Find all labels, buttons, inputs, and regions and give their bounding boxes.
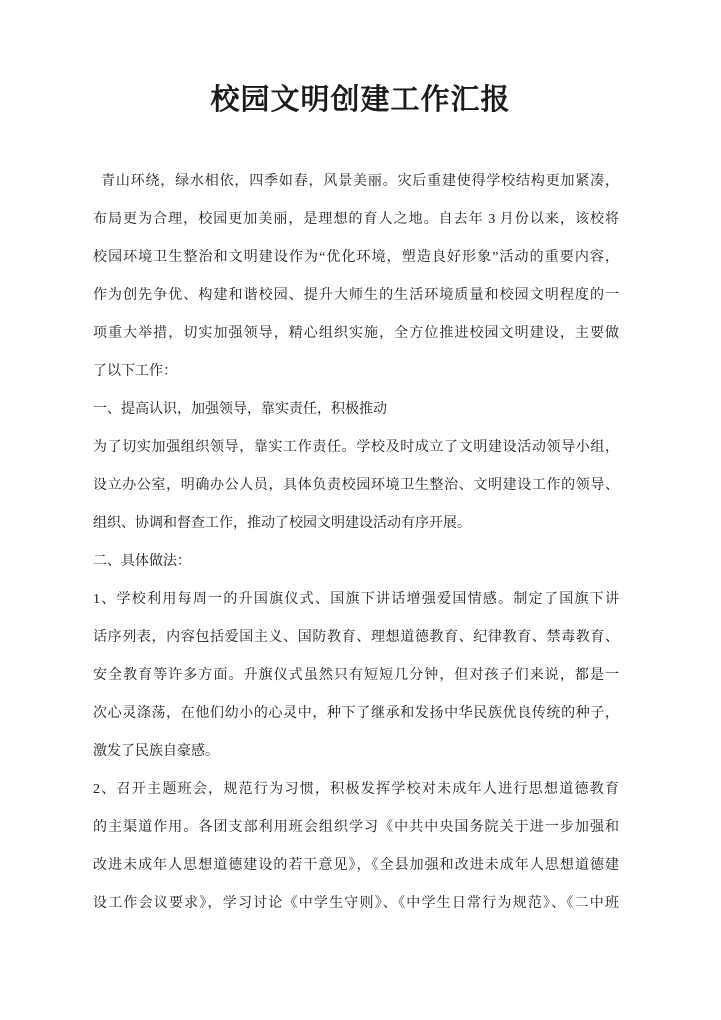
document-title: 校园文明创建工作汇报 <box>0 80 721 120</box>
text-line: 项重大举措，切实加强领导，精心组织实施，全方位推进校园文明建设，主要做 <box>93 315 619 353</box>
text-line: 校园环境卫生整治和文明建设作为“优化环境，塑造良好形象”活动的重要内容， <box>93 239 619 277</box>
text-line: 作为创先争优、构建和谐校园、提升大师生的生活环境质量和校园文明程度的一 <box>93 277 619 315</box>
text-line: 安全教育等许多方面。升旗仪式虽然只有短短几分钟，但对孩子们来说，都是一 <box>93 657 619 695</box>
document-page: 校园文明创建工作汇报 青山环绕，绿水相依，四季如春，风景美丽。灾后重建使得学校结… <box>0 0 721 1020</box>
text-line: 改进未成年人思想道德建设的若干意见》，《全县加强和改进未成年人思想道德建 <box>93 847 619 885</box>
text-line: 2、召开主题班会，规范行为习惯，积极发挥学校对未成年人进行思想道德教育 <box>93 771 619 809</box>
text-line: 设工作会议要求》，学习讨论《中学生守则》、《中学生日常行为规范》、《二中班 <box>93 885 619 923</box>
text-line: 二、具体做法： <box>93 543 619 581</box>
text-line: 激发了民族自豪感。 <box>93 733 619 771</box>
text-line: 布局更为合理，校园更加美丽，是理想的育人之地。自去年 3 月份以来，该校将 <box>93 201 619 239</box>
text-line: 组织、协调和督查工作，推动了校园文明建设活动有序开展。 <box>93 505 619 543</box>
text-line: 一、提高认识，加强领导，靠实责任，积极推动 <box>93 391 619 429</box>
text-line: 的主渠道作用。各团支部利用班会组织学习《中共中央国务院关于进一步加强和 <box>93 809 619 847</box>
text-line: 1、学校利用每周一的升国旗仪式、国旗下讲话增强爱国情感。制定了国旗下讲 <box>93 581 619 619</box>
text-line: 了以下工作： <box>93 353 619 391</box>
text-line: 青山环绕，绿水相依，四季如春，风景美丽。灾后重建使得学校结构更加紧凑， <box>93 163 619 201</box>
text-line: 为了切实加强组织领导，靠实工作责任。学校及时成立了文明建设活动领导小组， <box>93 429 619 467</box>
text-line: 次心灵涤荡，在他们幼小的心灵中，种下了继承和发扬中华民族优良传统的种子， <box>93 695 619 733</box>
text-line: 话序列表，内容包括爱国主义、国防教育、理想道德教育、纪律教育、禁毒教育、 <box>93 619 619 657</box>
document-body: 青山环绕，绿水相依，四季如春，风景美丽。灾后重建使得学校结构更加紧凑，布局更为合… <box>93 163 619 923</box>
text-line: 设立办公室，明确办公人员，具体负责校园环境卫生整治、文明建设工作的领导、 <box>93 467 619 505</box>
